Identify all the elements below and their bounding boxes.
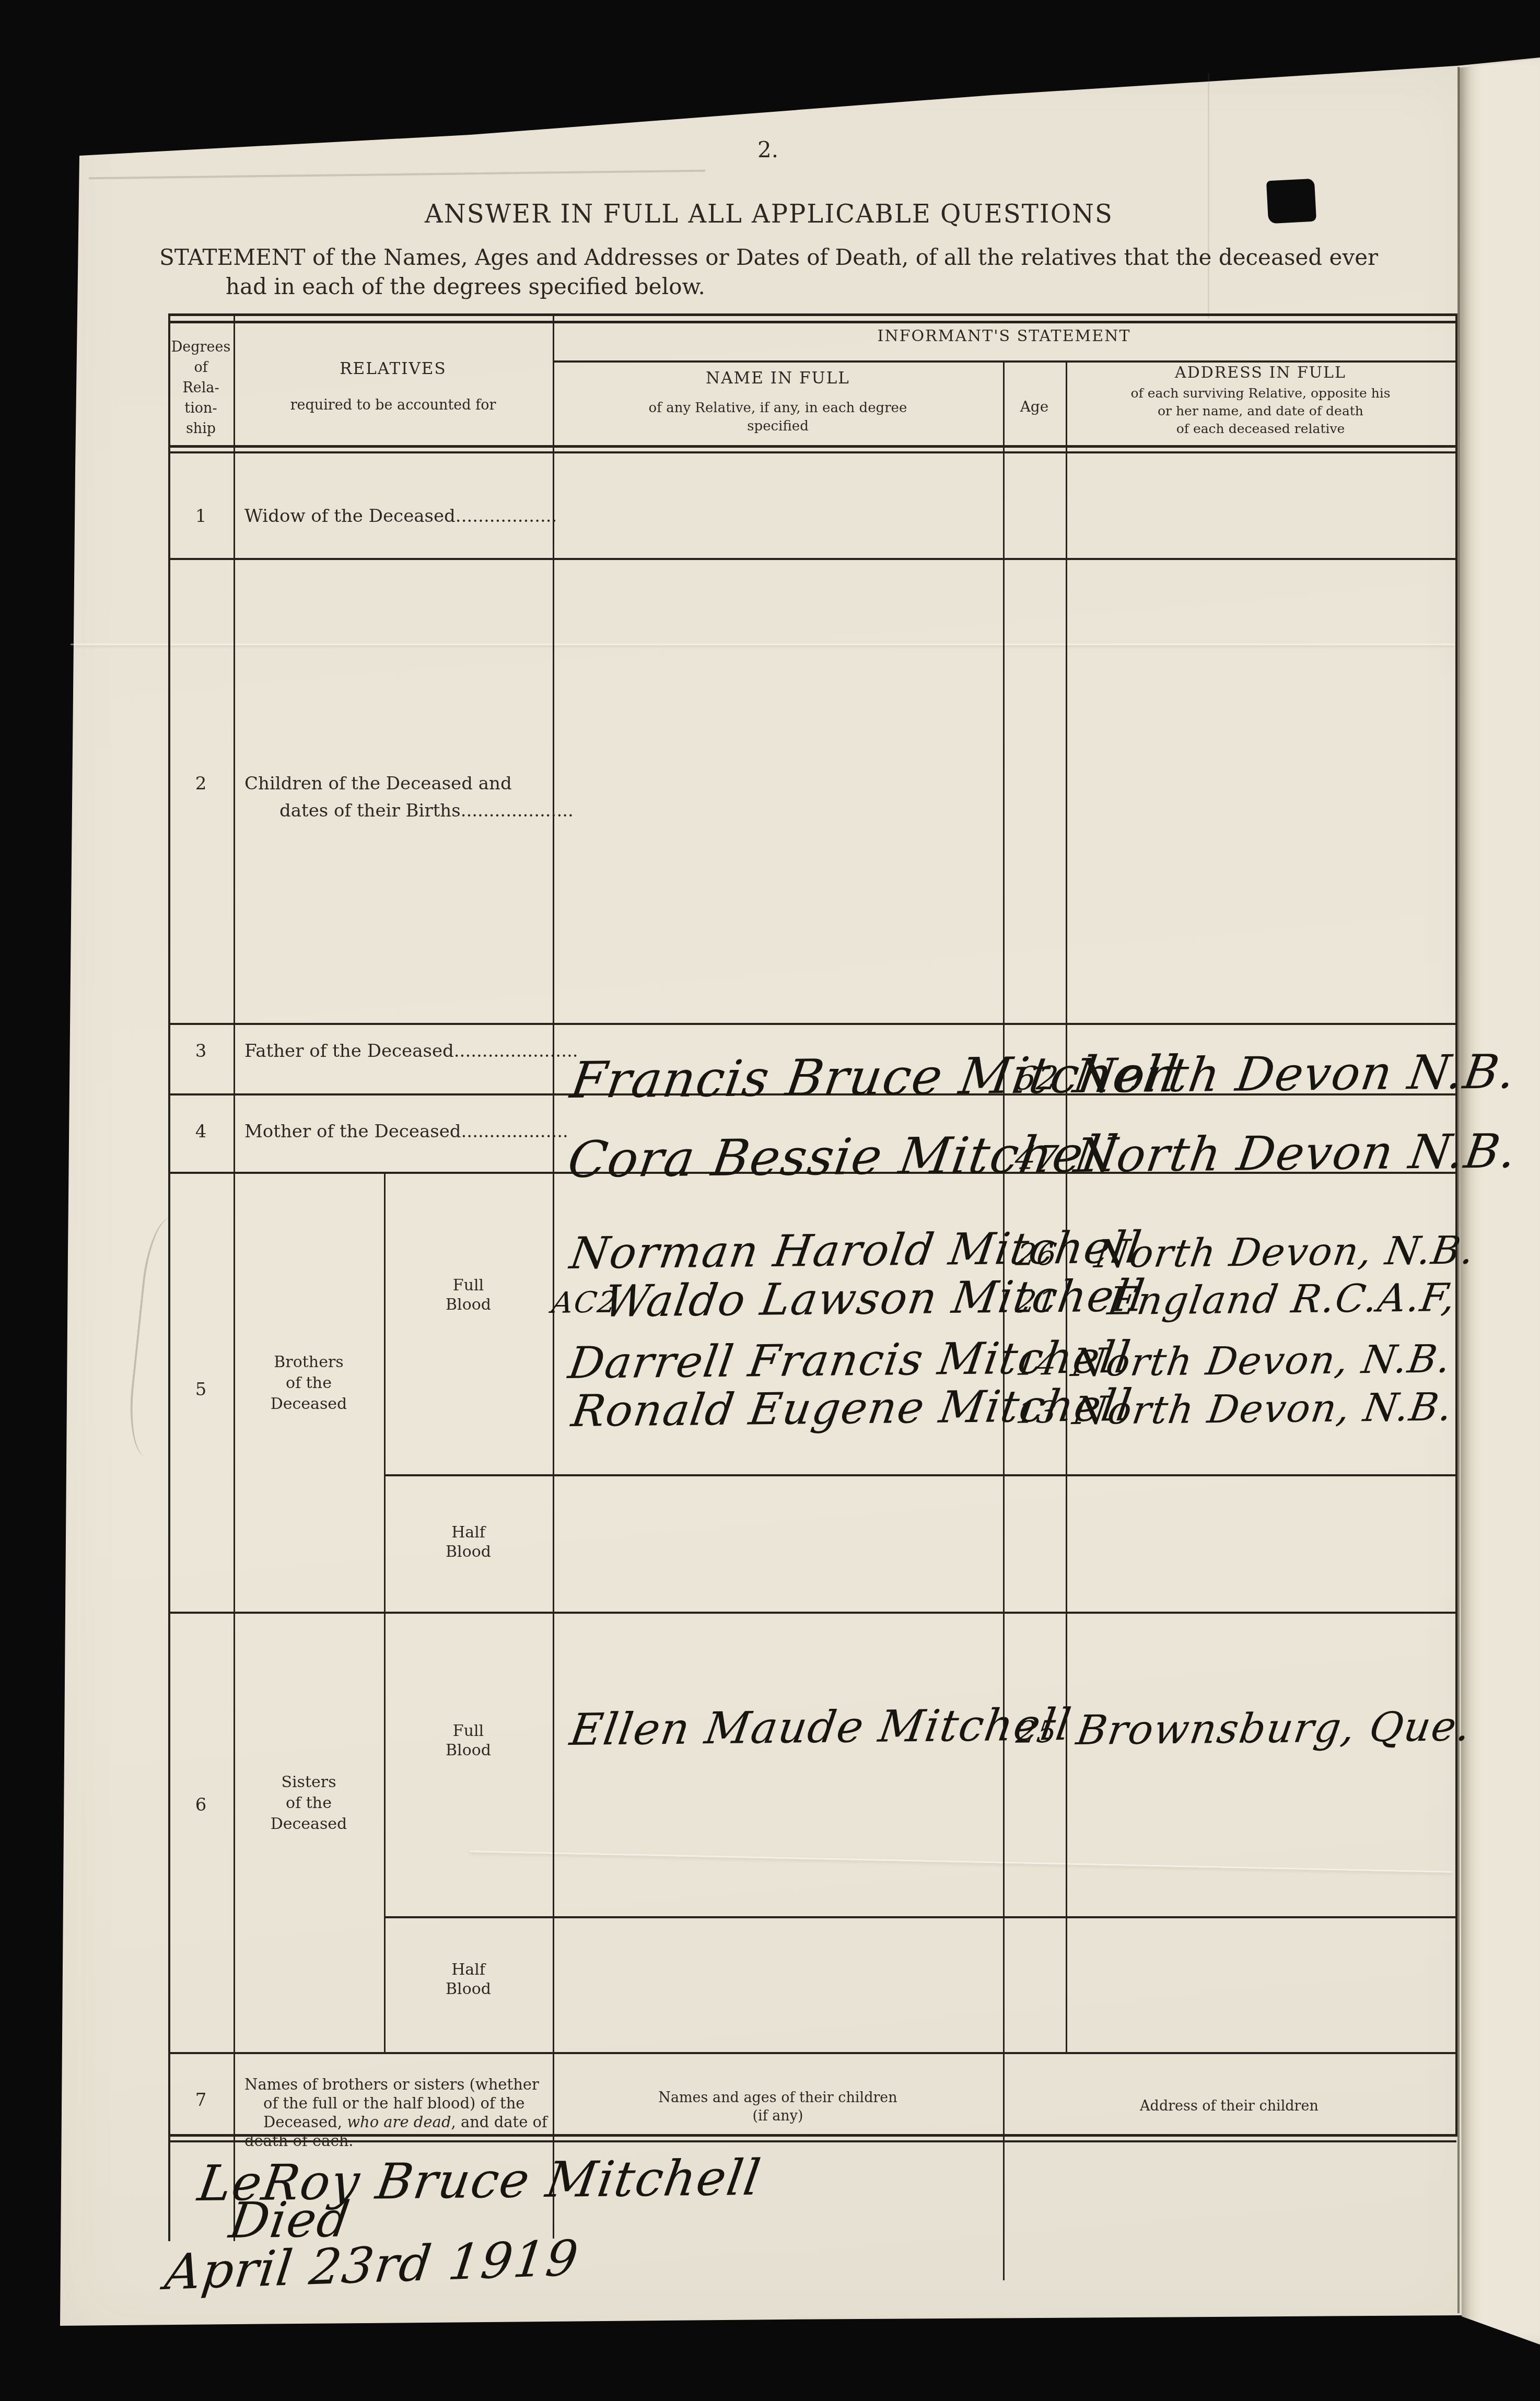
column-header-relatives-sub: required to be accounted for: [234, 397, 553, 413]
label-line: Blood: [446, 1542, 491, 1561]
table-rule: [553, 360, 1456, 363]
handwritten-note-date: April 23rd 1919: [162, 2230, 582, 2301]
row-label-father: Father of the Deceased..................…: [244, 1041, 578, 1062]
label-line: Blood: [446, 1741, 491, 1760]
table-rule: [168, 1612, 1456, 1614]
handwritten-address: Brownsburg, Que.: [1074, 1703, 1474, 1754]
degrees-line: of: [194, 357, 207, 378]
half-blood-label: Half Blood: [384, 1960, 553, 1999]
table-rule: [168, 445, 1456, 448]
row-label-children: Children of the Deceased and: [244, 773, 512, 794]
label-line: Blood: [446, 1295, 491, 1314]
label-line: of the: [286, 1373, 332, 1394]
label-line: Brothers: [274, 1352, 343, 1373]
full-blood-label: Full Blood: [384, 1276, 553, 1314]
table-rule: [234, 313, 235, 2241]
scanned-document: 2. ANSWER IN FULL ALL APPLICABLE QUESTIO…: [0, 0, 1540, 2401]
handwritten-address: England R.C.A.F,: [1105, 1275, 1459, 1324]
table-rule: [168, 313, 170, 2241]
table-rule: [384, 1474, 1456, 1476]
row-label-children: dates of their Births...................…: [279, 800, 574, 821]
degrees-line: tion-: [184, 398, 217, 418]
row-label-mother: Mother of the Deceased..................…: [244, 1121, 568, 1142]
handwritten-age: 25: [1000, 1714, 1074, 1750]
full-blood-label: Full Blood: [384, 1721, 553, 1760]
form-title: ANSWER IN FULL ALL APPLICABLE QUESTIONS: [168, 200, 1370, 229]
table-rule: [168, 313, 1456, 316]
label-line: Half: [451, 1523, 485, 1542]
label-line: Deceased, who are dead, and date of: [244, 2113, 563, 2131]
label-line: Deceased: [271, 1814, 347, 1835]
children-names-header: (if any): [553, 2108, 1003, 2124]
table-rule: [168, 2052, 1456, 2054]
label-line: Sisters: [281, 1772, 336, 1793]
label-line: of the full or the half blood) of the: [244, 2094, 563, 2113]
column-header-address-sub: of each deceased relative: [1066, 421, 1455, 436]
column-header-name-sub: of any Relative, if any, in each degree: [553, 400, 1003, 416]
row-number: 3: [168, 1041, 234, 1062]
label-line: Half: [451, 1960, 485, 1979]
redaction-mark: [1266, 179, 1316, 224]
label-line: Blood: [446, 1979, 491, 1999]
column-header-relatives: RELATIVES: [234, 359, 553, 378]
table-rule: [168, 451, 1456, 453]
children-address-header: Address of their children: [1003, 2098, 1455, 2114]
handwritten-age: 13: [1000, 1394, 1074, 1430]
row-label-brothers: Brothers of the Deceased: [234, 1352, 384, 1415]
row-number: 5: [168, 1379, 234, 1400]
handwritten-address: North Devon, N.B.: [1092, 1228, 1478, 1277]
table-rule: [1455, 313, 1457, 2137]
row-number: 2: [168, 773, 234, 794]
label-line: Full: [453, 1721, 484, 1741]
table-rule: [553, 313, 554, 2239]
table-rule: [1066, 360, 1067, 2052]
handwritten-age: 26: [1000, 1237, 1074, 1273]
column-header-address: ADDRESS IN FULL: [1066, 364, 1455, 382]
handwritten-address: North Devon, N.B.: [1068, 1336, 1454, 1385]
label-line: death of each.: [244, 2131, 563, 2150]
column-header-age: Age: [1003, 398, 1066, 415]
row-label-sisters: Sisters of the Deceased: [234, 1772, 384, 1835]
children-names-header: Names and ages of their children: [553, 2090, 1003, 2106]
row-number: 4: [168, 1121, 234, 1142]
column-header-degrees: Degrees of Rela- tion- ship: [168, 337, 234, 439]
table-rule: [168, 321, 1456, 323]
column-header-address-sub: of each surviving Relative, opposite his: [1066, 386, 1455, 401]
row-label-widow: Widow of the Deceased..................: [244, 506, 557, 527]
label-line: of the: [286, 1793, 332, 1814]
handwritten-address: North Devon N.B.: [1070, 1044, 1520, 1104]
statement-line2: had in each of the degrees specified bel…: [226, 274, 705, 299]
handwritten-age: 21: [1000, 1284, 1074, 1320]
handwritten-address: North Devon N.B.: [1071, 1124, 1521, 1183]
degrees-line: Rela-: [182, 378, 219, 398]
degrees-line: Degrees: [171, 337, 231, 357]
handwritten-age: 47: [1000, 1138, 1074, 1177]
label-line: Full: [453, 1276, 484, 1295]
half-blood-label: Half Blood: [384, 1523, 553, 1561]
degrees-line: ship: [186, 418, 216, 439]
handwritten-age: 62: [1000, 1059, 1074, 1098]
statement-line1: STATEMENT of the Names, Ages and Address…: [159, 244, 1378, 270]
handwritten-name: Ellen Maude Mitchell: [567, 1699, 1075, 1755]
column-header-name: NAME IN FULL: [553, 369, 1003, 388]
column-header-name-sub: specified: [553, 418, 1003, 434]
table-rule: [168, 558, 1456, 560]
informants-statement-header: INFORMANT'S STATEMENT: [553, 327, 1455, 345]
column-header-address-sub: or her name, and date of death: [1066, 403, 1455, 418]
label-line: Deceased: [271, 1394, 347, 1415]
row-number: 1: [168, 506, 234, 527]
row-label-dead-siblings: Names of brothers or sisters (whether of…: [244, 2075, 563, 2150]
row-number: 7: [168, 2090, 234, 2111]
handwritten-address: North Devon, N.B.: [1070, 1384, 1456, 1433]
label-line: Names of brothers or sisters (whether: [244, 2075, 563, 2094]
page-number: 2.: [757, 137, 778, 162]
table-rule: [168, 1023, 1456, 1025]
row-number: 6: [168, 1794, 234, 1815]
table-rule: [384, 1916, 1456, 1918]
handwritten-age: 14: [1000, 1346, 1074, 1382]
